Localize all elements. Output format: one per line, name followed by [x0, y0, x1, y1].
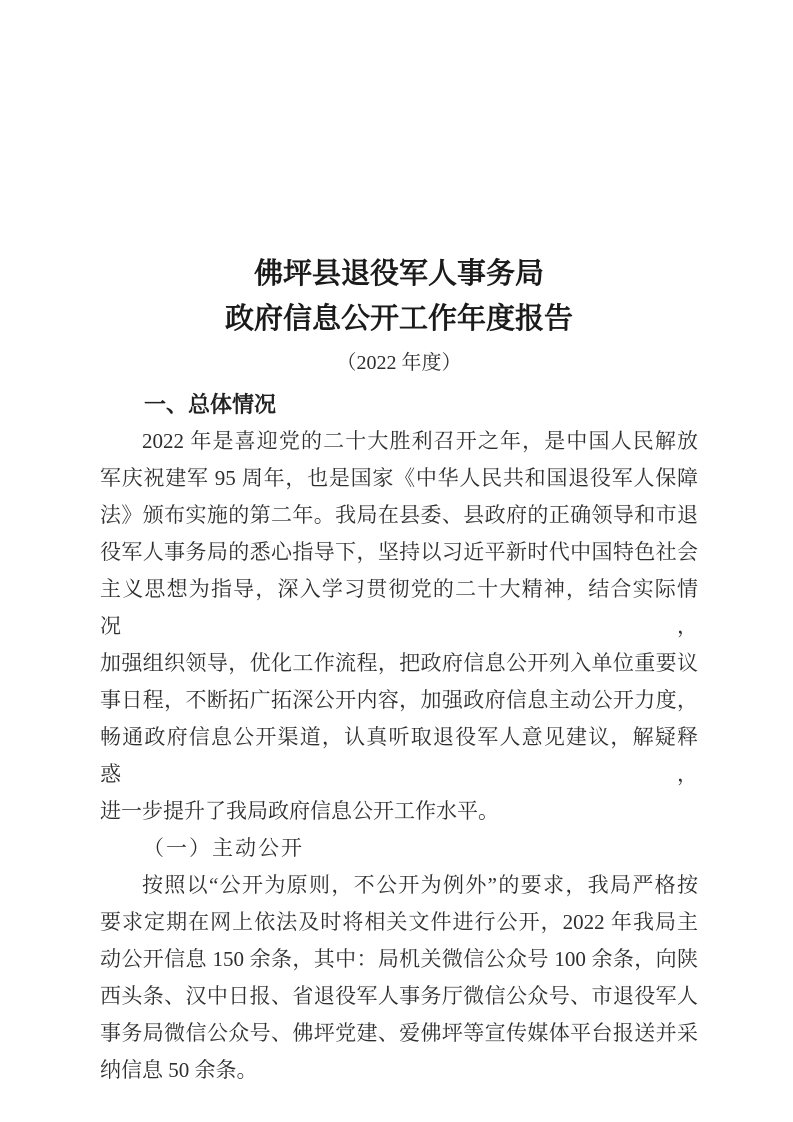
paragraph-line: 纳信息 50 余条。 [100, 1052, 698, 1089]
paragraph-line: 要求定期在网上依法及时将相关文件进行公开，2022 年我局主 [100, 904, 698, 941]
paragraph-line: 加强组织领导，优化工作流程，把政府信息公开列入单位重要议 [100, 645, 698, 682]
paragraph-line: 西头条、汉中日报、省退役军人事务厅微信公众号、市退役军人 [100, 978, 698, 1015]
paragraph-line: 事务局微信公众号、佛坪党建、爱佛坪等宣传媒体平台报送并采 [100, 1015, 698, 1052]
paragraph-line: 按照以“公开为原则，不公开为例外”的要求，我局严格按 [100, 867, 698, 904]
document-title-line-1: 佛坪县退役军人事务局 [100, 252, 698, 297]
paragraph-line: 畅通政府信息公开渠道，认真听取退役军人意见建议，解疑释惑， [100, 719, 698, 793]
section-heading: 一、总体情况 [100, 386, 698, 423]
document-title-line-2: 政府信息公开工作年度报告 [100, 297, 698, 342]
document-content: 佛坪县退役军人事务局 政府信息公开工作年度报告 （2022 年度） 一、总体情况… [100, 252, 698, 1089]
paragraph-line: 法》颁布实施的第二年。我局在县委、县政府的正确领导和市退 [100, 497, 698, 534]
paragraph-line: 主义思想为指导，深入学习贯彻党的二十大精神，结合实际情况， [100, 571, 698, 645]
document-page: 佛坪县退役军人事务局 政府信息公开工作年度报告 （2022 年度） 一、总体情况… [0, 0, 793, 1122]
paragraph-line: 军庆祝建军 95 周年，也是国家《中华人民共和国退役军人保障 [100, 460, 698, 497]
document-subtitle: （2022 年度） [100, 348, 698, 378]
document-body: 一、总体情况 2022 年是喜迎党的二十大胜利召开之年，是中国人民解放 军庆祝建… [100, 386, 698, 1089]
paragraph-2: 按照以“公开为原则，不公开为例外”的要求，我局严格按 要求定期在网上依法及时将相… [100, 867, 698, 1089]
paragraph-line: 2022 年是喜迎党的二十大胜利召开之年，是中国人民解放 [100, 423, 698, 460]
paragraph-line: 进一步提升了我局政府信息公开工作水平。 [100, 793, 698, 830]
paragraph-line: 动公开信息 150 余条，其中：局机关微信公众号 100 余条，向陕 [100, 941, 698, 978]
subsection-heading: （一）主动公开 [100, 830, 698, 867]
paragraph-line: 事日程，不断拓广拓深公开内容，加强政府信息主动公开力度， [100, 682, 698, 719]
paragraph-line: 役军人事务局的悉心指导下，坚持以习近平新时代中国特色社会 [100, 534, 698, 571]
paragraph-1: 2022 年是喜迎党的二十大胜利召开之年，是中国人民解放 军庆祝建军 95 周年… [100, 423, 698, 830]
